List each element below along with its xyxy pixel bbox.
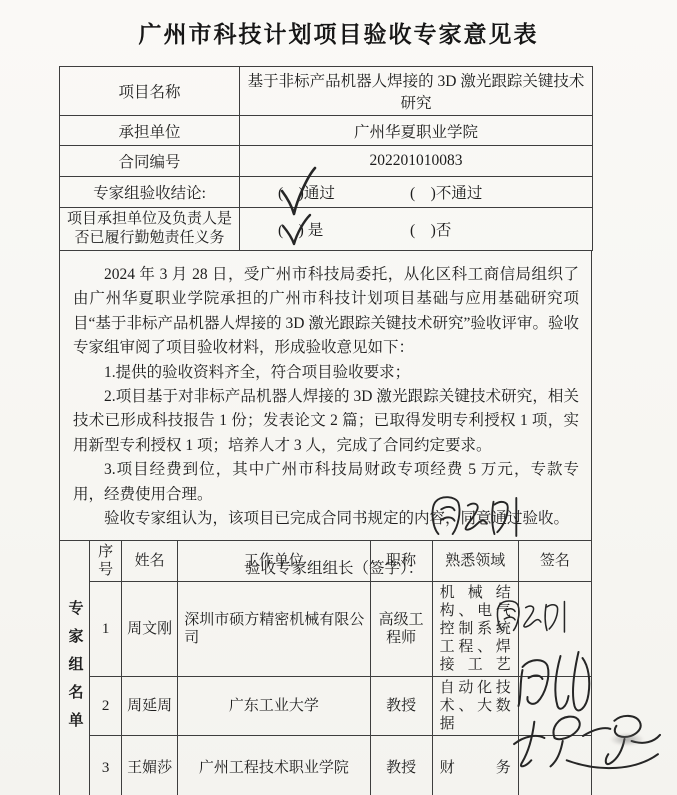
duty-label: 项目承担单位及负责人是否已履行勤勉责任义务 [60,208,240,251]
table-row: 承担单位 广州华夏职业学院 [60,116,593,146]
expert-row: 2 周延周 广东工业大学 教授 自动化技术、大数据 [60,677,592,736]
expert-signature-cell [518,736,591,795]
expert-no: 3 [90,736,122,795]
expert-fields: 自动化技术、大数据 [432,677,518,736]
contract-no-label: 合同编号 [60,146,240,177]
expert-name: 周延周 [122,677,178,736]
header-no: 序号 [90,541,122,582]
conclusion-label: 专家组验收结论: [60,177,240,208]
option-no: ( )否 [410,218,451,240]
contract-no-value: 202201010083 [240,146,593,177]
expert-title: 高级工程师 [370,582,432,677]
expert-signature-cell [518,677,591,736]
expert-org: 广州工程技术职业学院 [178,736,370,795]
expert-fields: 机械结构、电气控制系统工程、焊接工艺 [432,582,518,677]
opinion-conclusion: 验收专家组认为，该项目已完成合同书规定的内容，同意通过验收。 [73,507,579,531]
ink-smudge [610,733,644,746]
expert-signature-cell [518,582,591,677]
opinion-paragraph: 2024 年 3 月 28 日，受广州市科技局委托，从化区科工商信局组织了由广州… [73,263,579,361]
expert-org: 深圳市硕方精密机械有限公司 [178,582,370,677]
conclusion-options-cell: ( )通过 ( )不通过 [240,177,593,208]
table-row: 合同编号 202201010083 [60,146,593,177]
opinion-item-3: 3.项目经费到位，其中广州市科技局财政专项经费 5 万元，专款专用，经费使用合理… [73,458,579,507]
expert-org: 广东工业大学 [178,677,370,736]
table-row: 项目承担单位及负责人是否已履行勤勉责任义务 ( ) 是 ( )否 [60,208,593,251]
experts-side-label: 专家组名单 [60,541,90,795]
project-info-table: 项目名称 基于非标产品机器人焊接的 3D 激光跟踪关键技术研究 承担单位 广州华… [59,66,593,251]
acceptance-form: 项目名称 基于非标产品机器人焊接的 3D 激光跟踪关键技术研究 承担单位 广州华… [59,66,592,795]
option-yes: ( ) 是 [278,218,323,240]
table-row: 专家组验收结论: ( )通过 ( )不通过 [60,177,593,208]
expert-row: 1 周文刚 深圳市硕方精密机械有限公司 高级工程师 机械结构、电气控制系统工程、… [60,582,592,677]
option-fail: ( )不通过 [410,181,482,203]
expert-title: 教授 [370,677,432,736]
page-title: 广州市科技计划项目验收专家意见表 [0,16,677,49]
opinion-item-1: 1.提供的验收资料齐全，符合项目验收要求； [73,361,579,385]
option-pass: ( )通过 [278,181,335,203]
duty-options-cell: ( ) 是 ( )否 [240,208,593,251]
undertaker-label: 承担单位 [60,116,240,146]
acceptance-opinion-cell: 2024 年 3 月 28 日，受广州市科技局委托，从化区科工商信局组织了由广州… [59,251,592,541]
header-fields: 熟悉领域 [432,541,518,582]
header-name: 姓名 [122,541,178,582]
expert-name: 周文刚 [122,582,178,677]
expert-row: 3 王媚莎 广州工程技术职业学院 教授 财务 [60,736,592,795]
opinion-item-2: 2.项目基于对非标产品机器人焊接的 3D 激光跟踪关键技术研究，相关技术已形成科… [73,385,579,458]
table-row: 项目名称 基于非标产品机器人焊接的 3D 激光跟踪关键技术研究 [60,67,593,116]
expert-name: 王媚莎 [122,736,178,795]
expert-no: 1 [90,582,122,677]
project-name-value: 基于非标产品机器人焊接的 3D 激光跟踪关键技术研究 [240,67,593,116]
project-name-label: 项目名称 [60,67,240,116]
expert-no: 2 [90,677,122,736]
undertaker-value: 广州华夏职业学院 [240,116,593,146]
expert-title: 教授 [370,736,432,795]
header-signature: 签名 [518,541,591,582]
expert-fields: 财务 [432,736,518,795]
